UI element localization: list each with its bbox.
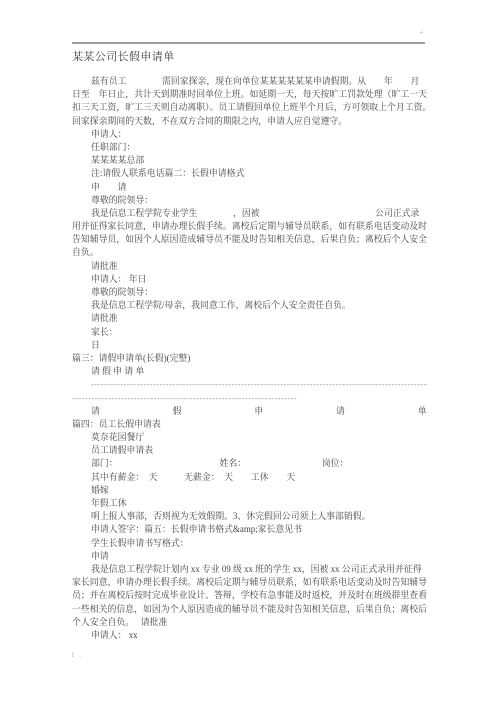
text-line: 日至 年日止，共计天到期准时回单位上班。如延期一天，每天按旷工罚款处理（旷工一天 — [72, 88, 429, 101]
text-line: 家长同意，申请办理长假手续。离校后定期与辅导员联系，如有联系电话变动及时告知辅导 — [72, 576, 429, 589]
text-line: 明上报人事部，否则视为无效假期。3、休完假回公司须上人事部销假。 — [72, 510, 429, 523]
text-line: 告知辅导员，如因个人原因造成辅导员不能及时告知相关信息，后果自负；离校后个人安全 — [72, 233, 429, 246]
text-line: 自负。 — [72, 246, 429, 259]
text-line: 回家探亲期间的天数，不在双方合同的期限之内，申请人应自觉遵守。 — [72, 115, 429, 128]
text-line: 申请人： 年日 — [72, 273, 429, 286]
text-line: 注:请假人联系电话篇二：长假申请格式 — [72, 167, 429, 180]
text-line: 家长： — [72, 326, 429, 339]
text-line: 尊敬的院领导： — [72, 286, 429, 299]
text-line: 篇三：请假申请单(长假)(完整) — [72, 352, 429, 365]
text-line: 申请人签字：篇五：长假申请书格式&amp;家长意见书 — [72, 523, 429, 536]
text-line: 其中有薪金： 天 无薪金： 天 工休 天 — [72, 471, 429, 484]
text-line: 尊敬的院领导： — [72, 194, 429, 207]
text-line: 扣三天工资，旷工三天则自动离职）。员工请假回单位上班半个月后，方可领取上个月工资… — [72, 101, 429, 114]
text-line: 申请人： — [72, 128, 429, 141]
text-line: 我是信息工程学院/母亲，我同意工作，离校后个人安全责任自负。 — [72, 299, 429, 312]
dashed-separator: ----------------------------------------… — [72, 392, 297, 405]
page-title: 某某公司长假申请单 — [72, 50, 175, 64]
text-line: 申 请 — [72, 181, 429, 194]
text-line: 请批准 — [72, 260, 429, 273]
text-line: 兹有员工 需回家探亲，现在向单位某某某某某某申请假期。从 年 月 — [72, 75, 429, 88]
text-line: 篇四：员工长假申请表 — [72, 418, 429, 431]
text-line: 请 假 申 请 单 — [72, 365, 429, 378]
text-line: 某某某某总部 — [72, 154, 429, 167]
text-line: 个人安全自负。 请批准 — [72, 616, 429, 629]
text-line: 婚嫁 — [72, 484, 429, 497]
text-line: 莫奈花园餐厅 — [72, 431, 429, 444]
text-line: 请假申请单 — [72, 405, 429, 418]
text-line: 用并征得家长同意，申请办理长假手续。离校后定期与辅导员联系，如有联系电话变动及时 — [72, 220, 429, 233]
dashed-separator: ----------------------------------------… — [72, 378, 428, 391]
text-line: 部门： 姓名： 岗位： — [72, 457, 429, 470]
text-line: 我是信息工程学院专业学生 ，因被 公司正式录 — [72, 207, 429, 220]
text-line: 任职部门： — [72, 141, 429, 154]
header-rule-divider — [72, 42, 425, 44]
text-line: 年假工休 — [72, 497, 429, 510]
page-number: 1 . — [71, 651, 83, 659]
artifact-mark: + — [419, 29, 424, 37]
text-line: 员；并在离校后按时完成毕业设计、答辩，学校有急事能及时返校，并及时在班级群里查看 — [72, 589, 429, 602]
text-line: 申请 — [72, 550, 429, 563]
document-body: 兹有员工 需回家探亲，现在向单位某某某某某某申请假期。从 年 月日至 年日止，共… — [72, 75, 429, 642]
document-page: + 某某公司长假申请单 兹有员工 需回家探亲，现在向单位某某某某某某申请假期。从… — [0, 0, 500, 708]
text-line: 一些相关的信息，如因为个人原因造成的辅导员不能及时告知相关信息，后果自负；离校后 — [72, 603, 429, 616]
text-line: 请批准 — [72, 312, 429, 325]
text-line: 员工请假申请表 — [72, 444, 429, 457]
text-line: 我是信息工程学院计划内 xx 专业 09 级 xx 班的学生 xx，因被 xx … — [72, 563, 429, 576]
text-line: 申请人： xx — [72, 629, 429, 642]
text-line: 学生长假申请书写格式： — [72, 537, 429, 550]
text-line: 日 — [72, 339, 429, 352]
